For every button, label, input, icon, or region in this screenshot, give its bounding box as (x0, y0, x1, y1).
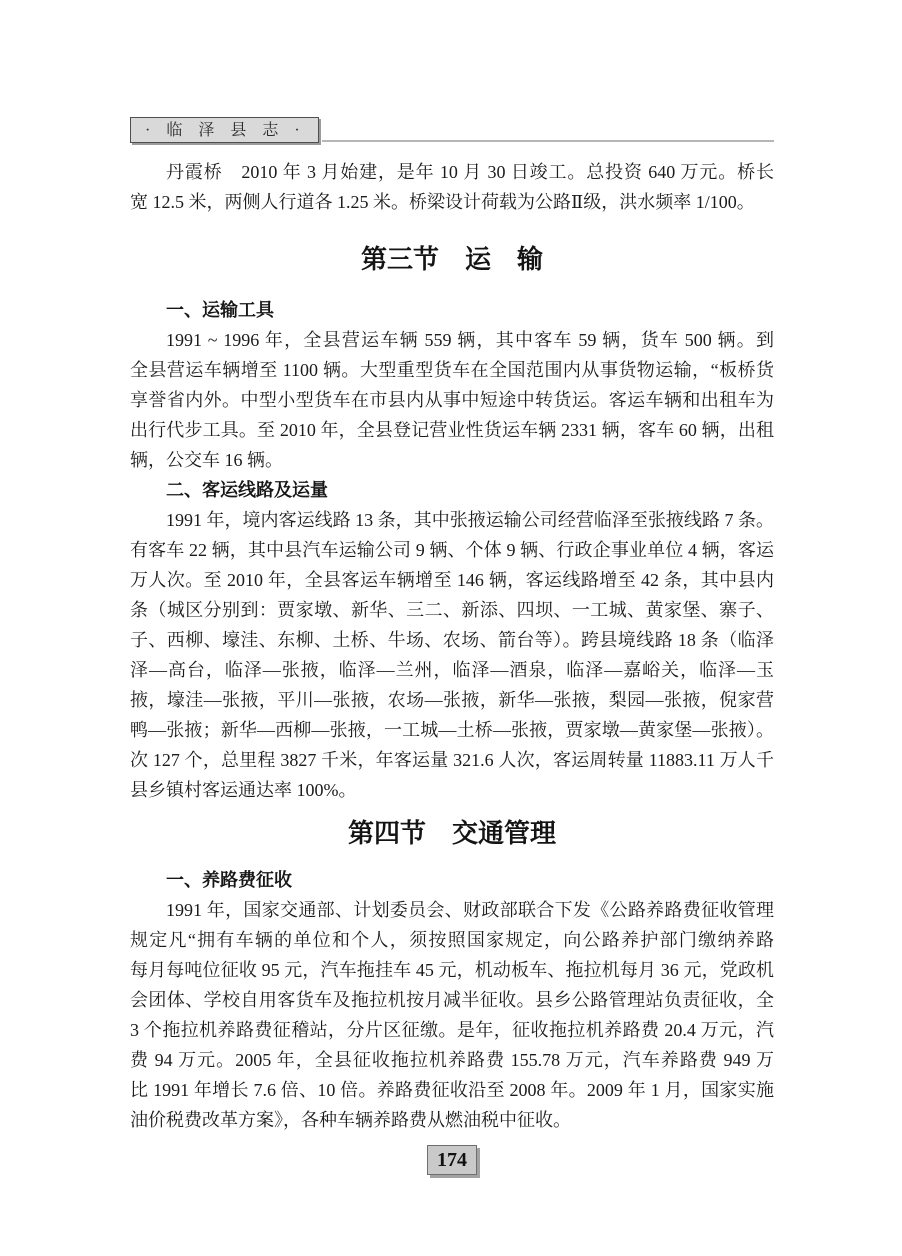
text-line: 会团体、学校自用客货车及拖拉机按月减半征收。县乡公路管理站负责征收，全县下设 (130, 985, 774, 1015)
paragraph-vehicles: 1991 ~ 1996 年，全县营运车辆 559 辆，其中客车 59 辆，货车 … (130, 325, 774, 475)
section-title-transport: 第三节 运 输 (130, 241, 774, 277)
text-line: 鸭—张掖；新华—西柳—张掖，一工城—土桥—张掖，贾家墩—黄家堡—张掖）。日发班 (130, 715, 774, 745)
footer: 174 (130, 1145, 774, 1175)
paragraph-routes: 1991 年，境内客运线路 13 条，其中张掖运输公司经营临泽至张掖线路 7 条… (130, 505, 774, 805)
text-line: 万人次。至 2010 年，全县客运车辆增至 146 辆，客运线路增至 42 条，… (130, 565, 774, 595)
text-line: 有客车 22 辆，其中县汽车运输公司 9 辆、个体 9 辆、行政企事业单位 4 … (130, 535, 774, 565)
volume-label: · 临 泽 县 志 · (145, 122, 306, 139)
page-content: · 临 泽 县 志 · 丹霞桥 2010 年 3 月始建，是年 10 月 30 … (130, 117, 774, 1175)
page-number-box: 174 (427, 1145, 477, 1175)
intro-paragraph: 丹霞桥 2010 年 3 月始建，是年 10 月 30 日竣工。总投资 640 … (130, 157, 774, 217)
section-title-traffic-management: 第四节 交通管理 (130, 815, 774, 851)
text-line: 辆，公交车 16 辆。 (130, 445, 774, 475)
text-line: 每月每吨位征收 95 元，汽车拖挂车 45 元，机动板车、拖拉机每月 36 元，… (130, 955, 774, 985)
text-line: 泽—高台，临泽—张掖，临泽—兰州，临泽—酒泉，临泽—嘉峪关，临泽—玉门；四坝—张 (130, 655, 774, 685)
text-line: 比 1991 年增长 7.6 倍、10 倍。养路费征收沿至 2008 年。200… (130, 1075, 774, 1105)
subsection-heading-road-fee: 一、养路费征收 (130, 865, 774, 895)
text-line: 享誉省内外。中型小型货车在市县内从事中短途中转货运。客运车辆和出租车为居民 (130, 385, 774, 415)
text-line: 1991 年，国家交通部、计划委员会、财政部联合下发《公路养路费征收管理规定》， (130, 895, 774, 925)
text-line: 丹霞桥 2010 年 3 月始建，是年 10 月 30 日竣工。总投资 640 … (130, 157, 774, 187)
text-line: 规定凡“拥有车辆的单位和个人，须按照国家规定，向公路养护部门缴纳养路费”，汽车 (130, 925, 774, 955)
text-line: 次 127 个，总里程 3827 千米，年客运量 321.6 人次，客运周转量 … (130, 745, 774, 775)
subsection-heading-vehicles: 一、运输工具 (130, 295, 774, 325)
text-line: 条（城区分别到：贾家墩、新华、三二、新添、四坝、一工城、黄家堡、寨子、上庄、下庄… (130, 595, 774, 625)
masthead: · 临 泽 县 志 · (130, 117, 774, 143)
text-line: 全县营运车辆增至 1100 辆。大型重型货车在全国范围内从事货物运输，“板桥货运… (130, 355, 774, 385)
text-line: 县乡镇村客运通达率 100%。 (130, 775, 774, 805)
text-line: 出行代步工具。至 2010 年，全县登记营业性货运车辆 2331 辆，客车 60… (130, 415, 774, 445)
paragraph-road-fee: 1991 年，国家交通部、计划委员会、财政部联合下发《公路养路费征收管理规定》，… (130, 895, 774, 1135)
document-page: · 临 泽 县 志 · 丹霞桥 2010 年 3 月始建，是年 10 月 30 … (0, 0, 902, 1256)
volume-label-box: · 临 泽 县 志 · (130, 117, 319, 143)
text-line: 费 94 万元。2005 年，全县征收拖拉机养路费 155.78 万元，汽车养路… (130, 1045, 774, 1075)
header-rule (322, 140, 774, 142)
text-line: 子、西柳、壕洼、东柳、土桥、牛场、农场、箭台等）。跨县境线路 18 条（临泽—肃… (130, 625, 774, 655)
subsection-heading-routes: 二、客运线路及运量 (130, 475, 774, 505)
text-line: 1991 ~ 1996 年，全县营运车辆 559 辆，其中客车 59 辆，货车 … (130, 325, 774, 355)
text-line: 1991 年，境内客运线路 13 条，其中张掖运输公司经营临泽至张掖线路 7 条… (130, 505, 774, 535)
text-line: 3 个拖拉机养路费征稽站，分片区征缴。是年，征收拖拉机养路费 20.4 万元，汽… (130, 1015, 774, 1045)
text-line: 掖，壕洼—张掖，平川—张掖，农场—张掖，新华—张掖，梨园—张掖，倪家营—张掖，小 (130, 685, 774, 715)
text-line: 油价税费改革方案》，各种车辆养路费从燃油税中征收。 (130, 1105, 774, 1135)
page-number: 174 (437, 1149, 467, 1171)
text-line: 宽 12.5 米，两侧人行道各 1.25 米。桥梁设计荷载为公路Ⅱ级，洪水频率 … (130, 187, 774, 217)
